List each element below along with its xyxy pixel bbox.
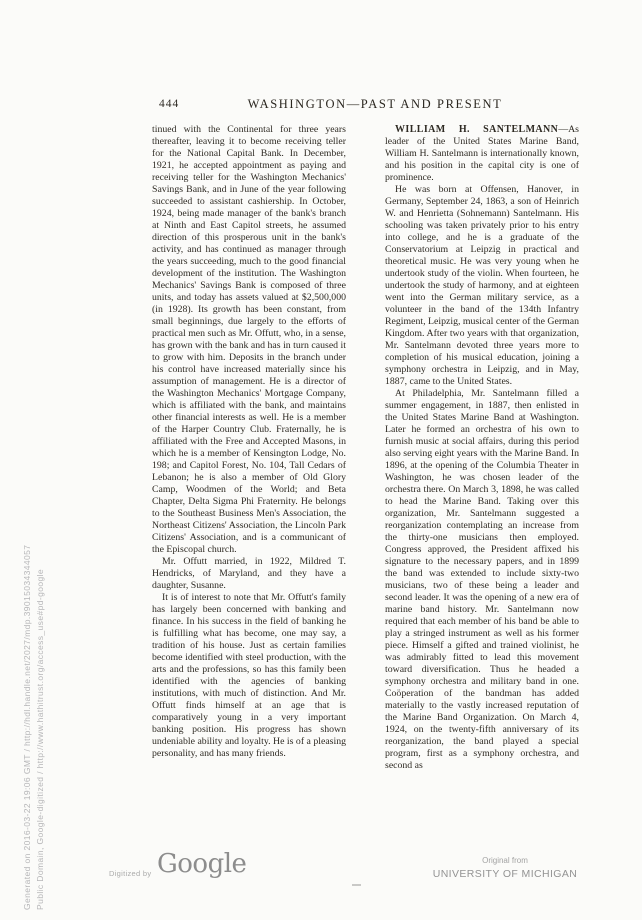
paragraph: At Philadelphia, Mr. Santelmann filled a… bbox=[385, 388, 579, 772]
page-header: 444 WASHINGTON—PAST AND PRESENT bbox=[0, 97, 642, 113]
paragraph: He was born at Offensen, Hanover, in Ger… bbox=[385, 184, 579, 388]
left-text-column: tinued with the Continental for three ye… bbox=[152, 124, 346, 760]
biography-lead-paragraph: WILLIAM H. SANTELMANN—As leader of the U… bbox=[385, 124, 579, 184]
biography-heading: WILLIAM H. SANTELMANN bbox=[395, 124, 558, 135]
digitized-by-label: Digitized by bbox=[109, 869, 151, 878]
google-logo: Google bbox=[157, 849, 246, 879]
original-from-label: Original from bbox=[415, 856, 595, 865]
running-title: WASHINGTON—PAST AND PRESENT bbox=[160, 97, 590, 112]
scanned-book-page: 444 WASHINGTON—PAST AND PRESENT tinued w… bbox=[0, 0, 642, 920]
watermark-generated-line: Generated on 2016-03-22 19:06 GMT / http… bbox=[21, 335, 34, 910]
right-text-column: WILLIAM H. SANTELMANN—As leader of the U… bbox=[385, 124, 579, 772]
paragraph: It is of interest to note that Mr. Offut… bbox=[152, 592, 346, 760]
paragraph: tinued with the Continental for three ye… bbox=[152, 124, 346, 556]
scan-artifact-mark bbox=[352, 884, 361, 886]
institution-name: UNIVERSITY OF MICHIGAN bbox=[415, 868, 595, 880]
hathitrust-watermark: Generated on 2016-03-22 19:06 GMT / http… bbox=[21, 335, 49, 910]
watermark-rights-line: Public Domain, Google-digitized / http:/… bbox=[34, 335, 47, 910]
paragraph: Mr. Offutt married, in 1922, Mildred T. … bbox=[152, 556, 346, 592]
original-from-block: Original from UNIVERSITY OF MICHIGAN bbox=[415, 856, 595, 880]
